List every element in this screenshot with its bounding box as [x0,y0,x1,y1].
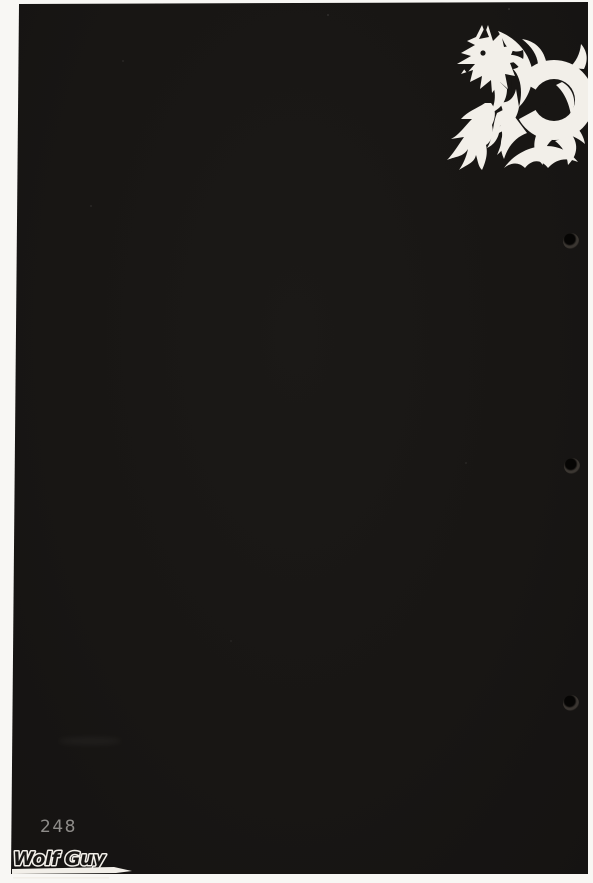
page-number: 248 [40,817,77,837]
dust-speck [327,14,329,16]
binding-hole [563,695,579,711]
wolf-flame-emblem-icon [438,18,588,170]
scan-smudge [58,737,122,745]
dust-speck [90,205,92,207]
wolf-guy-logo: Wolf Guy [10,841,144,881]
dust-speck [122,60,124,62]
logo-underline-rule [13,877,109,879]
dust-speck [230,640,232,642]
binding-hole [563,233,579,249]
binding-hole [564,458,580,474]
dust-speck [465,462,467,464]
scanned-manga-page: 248 Wolf Guy [0,0,593,883]
logo-text: Wolf Guy [13,848,107,870]
dust-speck [508,8,510,10]
